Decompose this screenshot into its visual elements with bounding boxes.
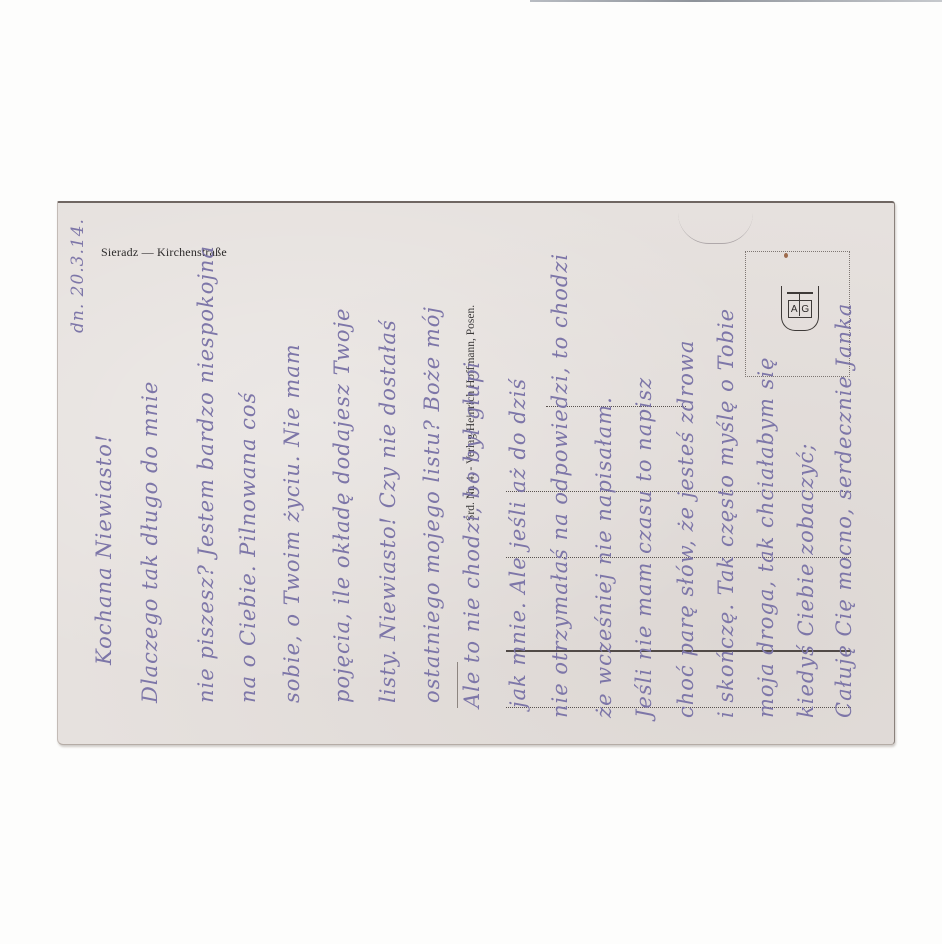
handwritten-date: dn. 20.3.14. (68, 218, 88, 333)
handwritten-line: na o Ciebie. Pilnowana coś (236, 392, 260, 703)
postcard-back: Sieradz — Kirchenstraße A G Srd. Nr. 4. … (57, 201, 895, 745)
handwritten-line: choć parę słów, że jesteś zdrowa (674, 340, 698, 718)
handwritten-line: moja droga, tak chciałabym się (754, 357, 778, 719)
handwritten-line: jak mnie. Ale jeśli aż do dziś (506, 378, 530, 708)
handwritten-line: Kochana Niewiasto! (92, 434, 116, 665)
scan-edge-line (530, 0, 942, 2)
handwritten-line: Ale to nie chodzi, bo był głupi (460, 361, 484, 708)
vertical-divider (457, 662, 458, 708)
handwritten-line: Całuję Cię mocno, serdecznie Janka (832, 303, 856, 718)
handwritten-line: sobie, o Twoim życiu. Nie mam (280, 343, 304, 703)
publisher-shield-icon: A G (781, 286, 819, 331)
handwritten-line: nie piszesz? Jestem bardzo niespokojna (194, 245, 218, 703)
handwritten-line: ostatniego mojego listu? Boże mój (420, 306, 444, 703)
handwritten-line: Jeśli nie mam czasu to napisz (632, 377, 656, 718)
handwritten-line: że wcześniej nie napisałam. (592, 396, 616, 718)
logo-letter-g: G (801, 304, 809, 315)
pencil-mark (678, 213, 753, 244)
handwritten-line: kiedyś Ciebie zobaczyć; (794, 443, 818, 718)
handwritten-line: pojęcia, ile okładę dodajesz Twoje (330, 308, 354, 703)
handwritten-line: Dlaczego tak długo do mnie (138, 381, 162, 703)
logo-letter-a: A (791, 304, 798, 315)
handwritten-line: i skończę. Tak często myślę o Tobie (714, 308, 738, 718)
handwritten-line: listy. Niewiasto! Czy nie dostałaś (376, 319, 400, 703)
stain-mark (784, 253, 788, 258)
handwritten-line: nie otrzymałaś na odpowiedzi, to chodzi (548, 253, 572, 718)
